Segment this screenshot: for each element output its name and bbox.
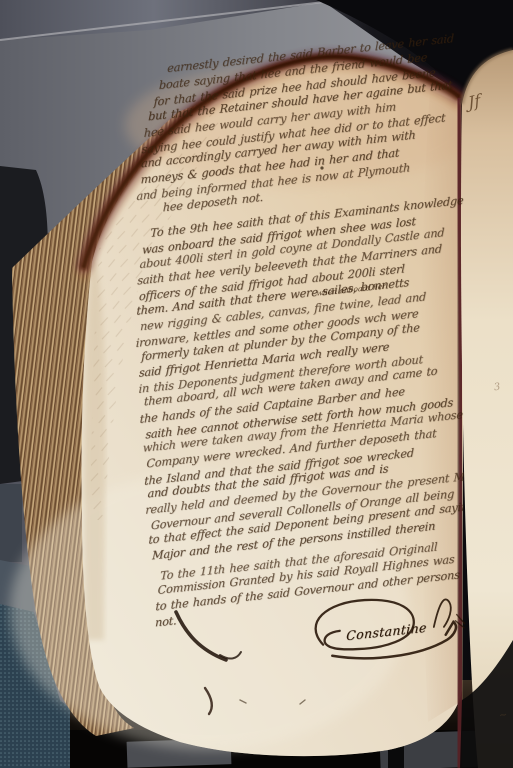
book-photograph (0, 0, 513, 768)
manuscript-photo-scene: earnestly desired the said Barber to lea… (0, 0, 513, 768)
